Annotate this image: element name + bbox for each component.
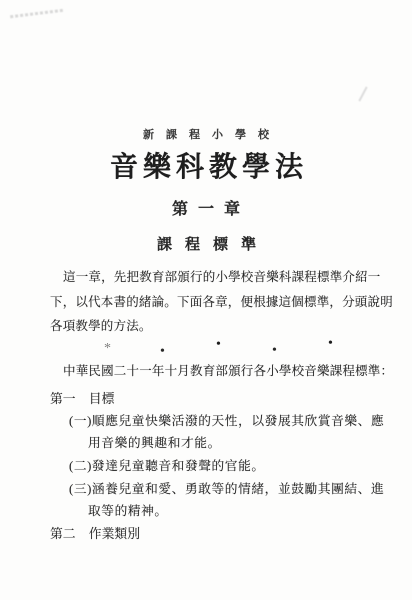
objective-item-line: (二)發達兒童聽音和發聲的官能。 (69, 455, 265, 474)
objective-item-line: (一)順應兒童快樂活潑的天性，以發展其欣賞音樂、應 (69, 410, 384, 429)
section-two-label: 第二 (50, 527, 76, 541)
objective-item-line: 用音樂的興趣和才能。 (88, 432, 221, 451)
section-two-heading: 第二 作業類別 (50, 523, 140, 542)
divider-dot: • (272, 346, 277, 356)
section-heading: 課程標準 (7, 233, 412, 254)
scan-artifact (358, 86, 367, 101)
section-two-title: 作業類別 (89, 527, 140, 541)
series-label: 新課程小學校 (6, 126, 412, 142)
divider-dot: * (104, 344, 111, 354)
section-one-label: 第一 (50, 392, 76, 406)
objective-item-line: 取等的精神。 (88, 500, 168, 519)
chapter-heading: 第一章 (5, 196, 412, 219)
book-title: 音樂科教學法 (3, 145, 412, 185)
intro-paragraph-line: 各項教學的方法。 (50, 319, 152, 333)
scanned-page: 新課程小學校 音樂科教學法 第一章 課程標準 這一章，先把教育部頒行的小學校音樂… (0, 0, 412, 600)
intro-paragraph-line: 這一章，先把教育部頒行的小學校音樂科課程標準介紹一 (63, 270, 381, 284)
divider-dot: • (160, 347, 165, 357)
corner-watermark-smudge (10, 9, 64, 19)
intro-paragraph-line: 下，以代本書的緒論。下面各章，便根據這個標準，分頭說明 (50, 295, 393, 309)
section-one-heading: 第一 目標 (50, 388, 114, 407)
standards-heading: 中華民國二十一年十月教育部頒行各小學校音樂課程標準： (63, 364, 393, 378)
section-one-title: 目標 (89, 392, 115, 406)
divider-dot: • (216, 340, 221, 350)
divider-dot: • (328, 339, 333, 349)
objective-item-line: (三)涵養兒童和愛、勇敢等的情緒，並鼓勵其團結、進 (69, 478, 384, 497)
